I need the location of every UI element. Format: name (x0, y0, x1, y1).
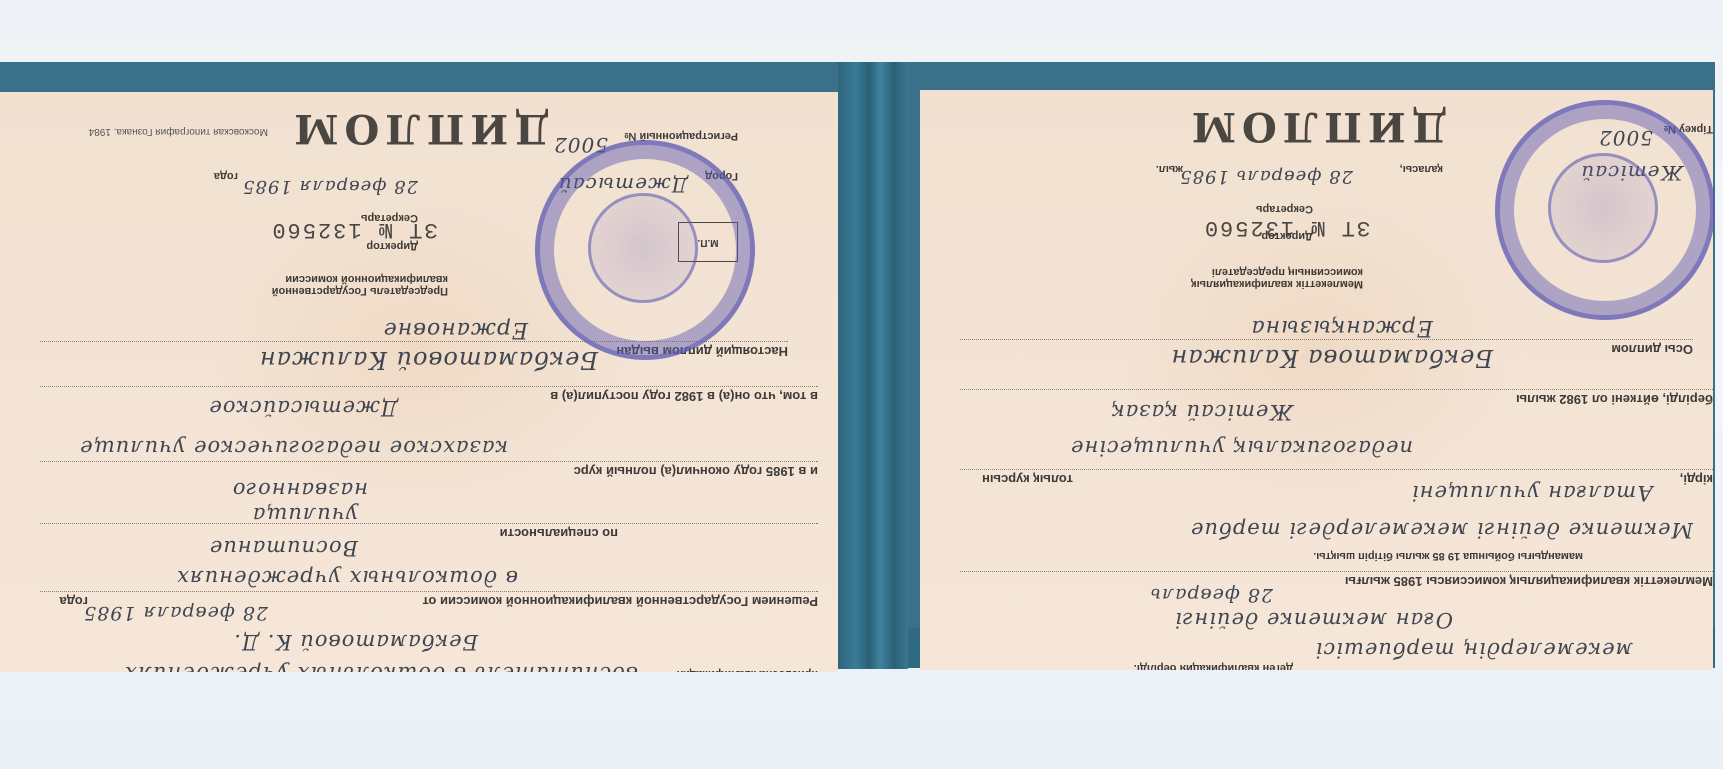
decision-line-kz: Мемлекеттік квалификациялық комиссиясы 1… (960, 571, 1713, 602)
director-label-kz: Директор (1261, 230, 1313, 242)
commission-chair-label: Председатель Государственной квалификаци… (218, 273, 448, 297)
date-suffix: года (214, 170, 238, 182)
specialty-value-kz: Мектепке дейінгі мекемелердегі тәрбие (1190, 518, 1693, 542)
secretary-label: Секретарь (361, 212, 418, 224)
issue-date-kz: 28 февраль 1985 (1179, 166, 1353, 187)
qualification-value-kz: мекемелердің тәрбиешісі (1315, 638, 1633, 662)
decision-value-kz: Оған мектепке дейінгі (1174, 608, 1453, 632)
specialty-label-kz: мамандығы бойынша 19 85 жылы бітіріп шық… (1313, 550, 1583, 562)
school-name-2: казахское педагогическое училище (79, 436, 508, 460)
specialty-value: Воспитание (209, 536, 358, 560)
official-stamp-right (1495, 100, 1715, 320)
issue-date: 28 февраля 1985 (242, 176, 418, 197)
finished-value: названного (232, 478, 368, 502)
director-label: Директор (366, 240, 418, 252)
decision-date: 28 февраля 1985 (83, 602, 268, 624)
commission-chair-label-kz: Мемлекеттік квалификациялық комиссияның … (1123, 266, 1363, 290)
entered-line: в том, что он(а) в 1982 году поступил(а)… (40, 386, 818, 417)
decision-person: Бекбаматовой К. Д. (233, 630, 478, 654)
qualification-value: воспитатель в дошкольных учреждениях (124, 662, 638, 672)
qualification-label-kz: деген квалификация берілді. (1134, 662, 1293, 670)
school-name-kz: Жетісай қазақ (1111, 400, 1293, 424)
emblem-icon (588, 193, 698, 303)
official-stamp-left (535, 140, 755, 360)
school-name-2-kz: педагогикалық училищесіне (1070, 436, 1413, 460)
school-name: Джетысайское (208, 396, 398, 420)
city-label-kz: қаласы, (1400, 163, 1443, 175)
specialty-value-2: в дошкольных учреждениях (176, 566, 518, 590)
secretary-label-kz: Секретарь (1256, 203, 1313, 215)
entered-line-kz: берілді, өйткені ол 1982 жылы (960, 389, 1713, 420)
printer-imprint: Московская типография Гознака. 1984 (89, 126, 268, 137)
course-value-kz: Аталған училищені (1411, 481, 1653, 505)
diploma-spine (838, 62, 908, 669)
decision-date-kz: 28 февраль (1150, 584, 1273, 606)
specialty-line: по специальности (40, 523, 818, 554)
date-suffix-kz: жыл. (1156, 163, 1183, 175)
emblem-icon-kz (1548, 153, 1658, 263)
qualification-label: присвоена квалификация (677, 668, 818, 672)
finished-line: и в 1985 году окончил(а) полный курс (40, 461, 818, 492)
